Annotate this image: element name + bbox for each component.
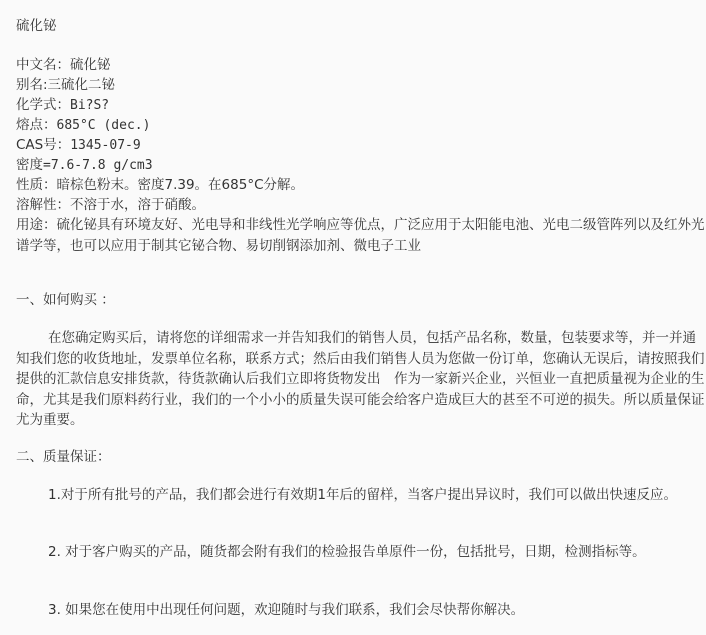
page-title: 硫化铋 bbox=[16, 16, 57, 36]
alias-line: 别名:三硫化二铋 bbox=[16, 75, 115, 95]
quality-item-1: 1.对于所有批号的产品，我们都会进行有效期1年后的留样，当客户提出异议时，我们可… bbox=[16, 485, 706, 506]
solubility-line: 溶解性：不溶于水，溶于硝酸。 bbox=[16, 195, 205, 215]
quality-item-3: 3. 如果您在使用中出现任何问题，欢迎随时与我们联系，我们会尽快帮你解决。 bbox=[16, 600, 706, 621]
density-value: =7.6-7.8 g/cm3 bbox=[43, 158, 153, 173]
section1-heading: 一、如何购买 ： bbox=[16, 290, 115, 310]
cas-line: CAS号：1345-07-9 bbox=[16, 135, 141, 155]
melting-value: 685°C (dec.) bbox=[57, 118, 151, 133]
quality-item-2: 2. 对于客户购买的产品，随货都会附有我们的检验报告单原件一份，包括批号，日期，… bbox=[16, 542, 706, 563]
melting-label: 熔点： bbox=[16, 117, 57, 133]
formula-value: Bi?S? bbox=[70, 98, 109, 113]
formula-label: 化学式： bbox=[16, 97, 70, 113]
formula-line: 化学式：Bi?S? bbox=[16, 95, 109, 115]
density-line: 密度=7.6-7.8 g/cm3 bbox=[16, 155, 153, 175]
section1-paragraph: 在您确定购买后，请将您的详细需求一并告知我们的销售人员，包括产品名称，数量，包装… bbox=[16, 328, 706, 431]
density-label: 密度 bbox=[16, 157, 43, 173]
cas-label: CAS号： bbox=[16, 137, 70, 153]
nature-line: 性质：暗棕色粉末。密度7.39。在685°C分解。 bbox=[16, 175, 304, 195]
chinese-name-line: 中文名：硫化铋 bbox=[16, 55, 111, 75]
section2-heading: 二、质量保证： bbox=[16, 447, 111, 467]
cas-value: 1345-07-9 bbox=[70, 138, 140, 153]
usage-paragraph: 用途：硫化铋具有环境友好、光电导和非线性光学响应等优点，广泛应用于太阳能电池、光… bbox=[16, 215, 706, 256]
melting-point-line: 熔点：685°C (dec.) bbox=[16, 115, 150, 135]
